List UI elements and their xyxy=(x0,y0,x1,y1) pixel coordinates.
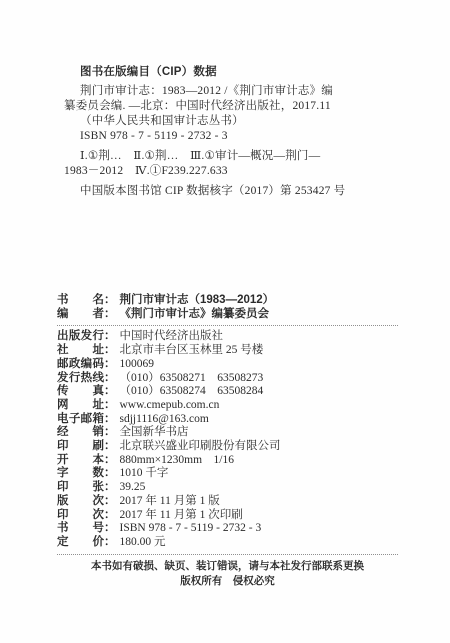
cip-record-number-line: 中国版本图书馆 CIP 数据核字（2017）第 253427 号 xyxy=(80,184,400,199)
cip-publisher-line: 纂委员会编. —北京：中国时代经济出版社，2017.11 xyxy=(64,99,400,114)
label-colon: ： xyxy=(104,358,116,372)
info-row-email: 电子邮箱：sdjj1116@163.com xyxy=(57,413,398,427)
dotted-divider-top xyxy=(57,325,398,326)
label-colon: ： xyxy=(104,440,116,454)
publication-info-block: 书名：荆门市审计志（1983—2012） 编者：《荆门市审计志》编纂委员会 出版… xyxy=(57,294,398,588)
info-row-website: 网址：www.cmepub.com.cn xyxy=(57,399,398,413)
info-label: 定价 xyxy=(57,536,104,550)
info-value: 880mm×1230mm 1/16 xyxy=(120,454,234,468)
info-value: sdjj1116@163.com xyxy=(120,413,209,427)
label-colon: ： xyxy=(104,372,116,386)
info-value: ISBN 978 - 7 - 5119 - 2732 - 3 xyxy=(120,522,262,536)
label-colon: ： xyxy=(104,344,116,358)
info-row-postcode: 邮政编码：100069 xyxy=(57,358,398,372)
label-colon: ： xyxy=(104,308,116,322)
info-label: 发行热线 xyxy=(57,372,104,386)
info-value: 2017 年 11 月第 1 版 xyxy=(120,495,220,509)
info-label: 社址 xyxy=(57,344,104,358)
cip-series-line: （中华人民共和国审计志丛书） xyxy=(80,114,400,129)
info-value: www.cmepub.com.cn xyxy=(120,399,220,413)
info-row-hotline: 发行热线：（010）63508271 63508273 xyxy=(57,372,398,386)
info-value: 荆门市审计志（1983—2012） xyxy=(120,294,275,308)
info-label: 传真 xyxy=(57,385,104,399)
replacement-notice: 本书如有破损、缺页、装订错误，请与本社发行部联系更换 xyxy=(57,559,398,573)
cip-classification-line-2: 1983－2012 Ⅳ.①F239.227.633 xyxy=(64,164,400,179)
label-colon: ： xyxy=(104,495,116,509)
label-colon: ： xyxy=(104,481,116,495)
info-value: 180.00 元 xyxy=(120,536,166,550)
info-value: 39.25 xyxy=(120,481,146,495)
label-colon: ： xyxy=(104,536,116,550)
label-colon: ： xyxy=(104,426,116,440)
copyright-statement: 版权所有 侵权必究 xyxy=(57,574,398,588)
info-label: 印次 xyxy=(57,509,104,523)
cip-title-line: 荆门市审计志：1983—2012 /《荆门市审计志》编 xyxy=(80,84,400,99)
info-value: 100069 xyxy=(120,358,155,372)
dotted-divider-bottom xyxy=(57,554,398,555)
info-row-publisher: 出版发行：中国时代经济出版社 xyxy=(57,330,398,344)
label-colon: ： xyxy=(104,509,116,523)
info-row-sheets: 印张：39.25 xyxy=(57,481,398,495)
label-colon: ： xyxy=(104,467,116,481)
info-label: 字数 xyxy=(57,467,104,481)
label-colon: ： xyxy=(104,294,116,308)
info-value: （010）63508274 63508284 xyxy=(120,385,264,399)
info-label: 编者 xyxy=(57,308,104,322)
info-row-format: 开本：880mm×1230mm 1/16 xyxy=(57,454,398,468)
info-value: （010）63508271 63508273 xyxy=(120,372,264,386)
cip-data-block: 图书在版编目（CIP）数据 荆门市审计志：1983—2012 /《荆门市审计志》… xyxy=(64,65,400,199)
info-row-printer: 印刷：北京联兴盛业印刷股份有限公司 xyxy=(57,440,398,454)
info-value: 《荆门市审计志》编纂委员会 xyxy=(120,308,270,322)
info-label: 网址 xyxy=(57,399,104,413)
info-value: 1010 千字 xyxy=(120,467,169,481)
info-value: 中国时代经济出版社 xyxy=(120,330,224,344)
info-label: 出版发行 xyxy=(57,330,104,344)
label-colon: ： xyxy=(104,454,116,468)
info-label: 电子邮箱 xyxy=(57,413,104,427)
cip-classification-line-1: Ⅰ.①荆… Ⅱ.①荆… Ⅲ.①审计—概况—荆门— xyxy=(80,149,400,164)
info-row-edition: 版次：2017 年 11 月第 1 版 xyxy=(57,495,398,509)
info-row-fax: 传真：（010）63508274 63508284 xyxy=(57,385,398,399)
info-label: 开本 xyxy=(57,454,104,468)
cip-heading: 图书在版编目（CIP）数据 xyxy=(80,65,400,80)
info-value: 全国新华书店 xyxy=(120,426,189,440)
cip-isbn-line: ISBN 978 - 7 - 5119 - 2732 - 3 xyxy=(80,129,400,144)
info-row-impression: 印次：2017 年 11 月第 1 次印刷 xyxy=(57,509,398,523)
info-label: 书名 xyxy=(57,294,104,308)
info-value: 北京市丰台区玉林里 25 号楼 xyxy=(120,344,264,358)
info-row-isbn: 书号：ISBN 978 - 7 - 5119 - 2732 - 3 xyxy=(57,522,398,536)
info-label: 书号 xyxy=(57,522,104,536)
info-row-distributor: 经销：全国新华书店 xyxy=(57,426,398,440)
info-label: 版次 xyxy=(57,495,104,509)
label-colon: ： xyxy=(104,385,116,399)
book-copyright-page: 图书在版编目（CIP）数据 荆门市审计志：1983—2012 /《荆门市审计志》… xyxy=(0,0,450,643)
info-value: 2017 年 11 月第 1 次印刷 xyxy=(120,509,243,523)
info-row-editor: 编者：《荆门市审计志》编纂委员会 xyxy=(57,308,398,322)
info-row-wordcount: 字数：1010 千字 xyxy=(57,467,398,481)
info-row-address: 社址：北京市丰台区玉林里 25 号楼 xyxy=(57,344,398,358)
info-label: 印张 xyxy=(57,481,104,495)
info-row-book-title: 书名：荆门市审计志（1983—2012） xyxy=(57,294,398,308)
info-label: 印刷 xyxy=(57,440,104,454)
label-colon: ： xyxy=(104,330,116,344)
info-label: 邮政编码 xyxy=(57,358,104,372)
label-colon: ： xyxy=(104,522,116,536)
info-row-price: 定价：180.00 元 xyxy=(57,536,398,550)
label-colon: ： xyxy=(104,399,116,413)
info-value: 北京联兴盛业印刷股份有限公司 xyxy=(120,440,281,454)
label-colon: ： xyxy=(104,413,116,427)
info-label: 经销 xyxy=(57,426,104,440)
